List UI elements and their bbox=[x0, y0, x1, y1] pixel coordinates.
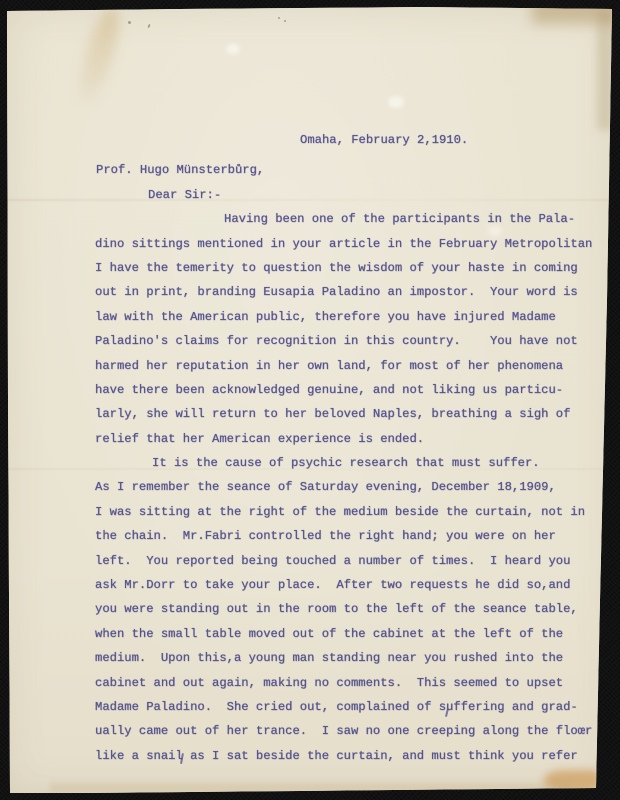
letter-line: have there been acknowledged genuine, an… bbox=[95, 378, 620, 402]
letter-line: relief that her American experience is e… bbox=[95, 427, 620, 451]
paper-speck bbox=[278, 17, 280, 19]
stain-bottom-strip bbox=[50, 783, 570, 792]
photo-background: Omaha, February 2,1910.Prof. Hugo Münste… bbox=[0, 0, 620, 800]
letter-line: the chain. Mr.Fabri controlled the right… bbox=[95, 524, 620, 548]
letter-line: As I remember the seance of Saturday eve… bbox=[95, 475, 620, 499]
letter-line: ask Mr.Dorr to take your place. After tw… bbox=[95, 573, 620, 597]
letter-line: like a snail as I sat beside the curtain… bbox=[95, 744, 620, 768]
paper-blotch bbox=[226, 44, 240, 54]
letter-page: Omaha, February 2,1910.Prof. Hugo Münste… bbox=[0, 0, 620, 800]
letter-line: Prof. Hugo Münsterbůrg, bbox=[96, 158, 620, 182]
letter-line: dino sittings mentioned in your article … bbox=[95, 232, 620, 256]
letter-line: Paladino's claims for recognition in thi… bbox=[95, 329, 620, 353]
letter-line: you were standing out in the room to the… bbox=[95, 597, 620, 621]
stain-top-right bbox=[532, 0, 618, 24]
paper-speck bbox=[147, 24, 150, 28]
letter-line: when the small table moved out of the ca… bbox=[95, 622, 620, 646]
letter-line: out in print, branding Eusapia Paladino … bbox=[95, 280, 620, 304]
letter-line: Dear Sir:- bbox=[148, 183, 620, 207]
letter-line: I was sitting at the right of the medium… bbox=[95, 500, 620, 524]
letter-line: larly, she will return to her beloved Na… bbox=[95, 402, 620, 426]
paper-speck bbox=[284, 20, 286, 22]
letter-line: medium. Upon this,a young man standing n… bbox=[95, 646, 620, 670]
letter-line: harmed her reputation in her own land, f… bbox=[95, 354, 620, 378]
paper-speck bbox=[128, 21, 131, 24]
stain-bottom-right bbox=[544, 770, 600, 792]
stain-right-edge bbox=[597, 10, 613, 130]
paper-blotch bbox=[388, 96, 404, 108]
letter-line: It is the cause of psychic research that… bbox=[152, 451, 620, 475]
stain-top-left bbox=[72, 4, 126, 107]
letter-line: Madame Paladino. She cried out, complain… bbox=[95, 695, 620, 719]
letter-line: law with the American public, therefore … bbox=[95, 305, 620, 329]
letter-text: Omaha, February 2,1910.Prof. Hugo Münste… bbox=[0, 128, 620, 768]
letter-line: I have the temerity to question the wisd… bbox=[95, 256, 620, 280]
letter-line: cabinet and out again, making no comment… bbox=[95, 671, 620, 695]
letter-line: left. You reported being touched a numbe… bbox=[95, 549, 620, 573]
letter-line: ually came out of her trance. I saw no o… bbox=[95, 719, 620, 743]
letter-line: Omaha, February 2,1910. bbox=[300, 128, 620, 152]
letter-line: Having been one of the participants in t… bbox=[224, 207, 620, 231]
